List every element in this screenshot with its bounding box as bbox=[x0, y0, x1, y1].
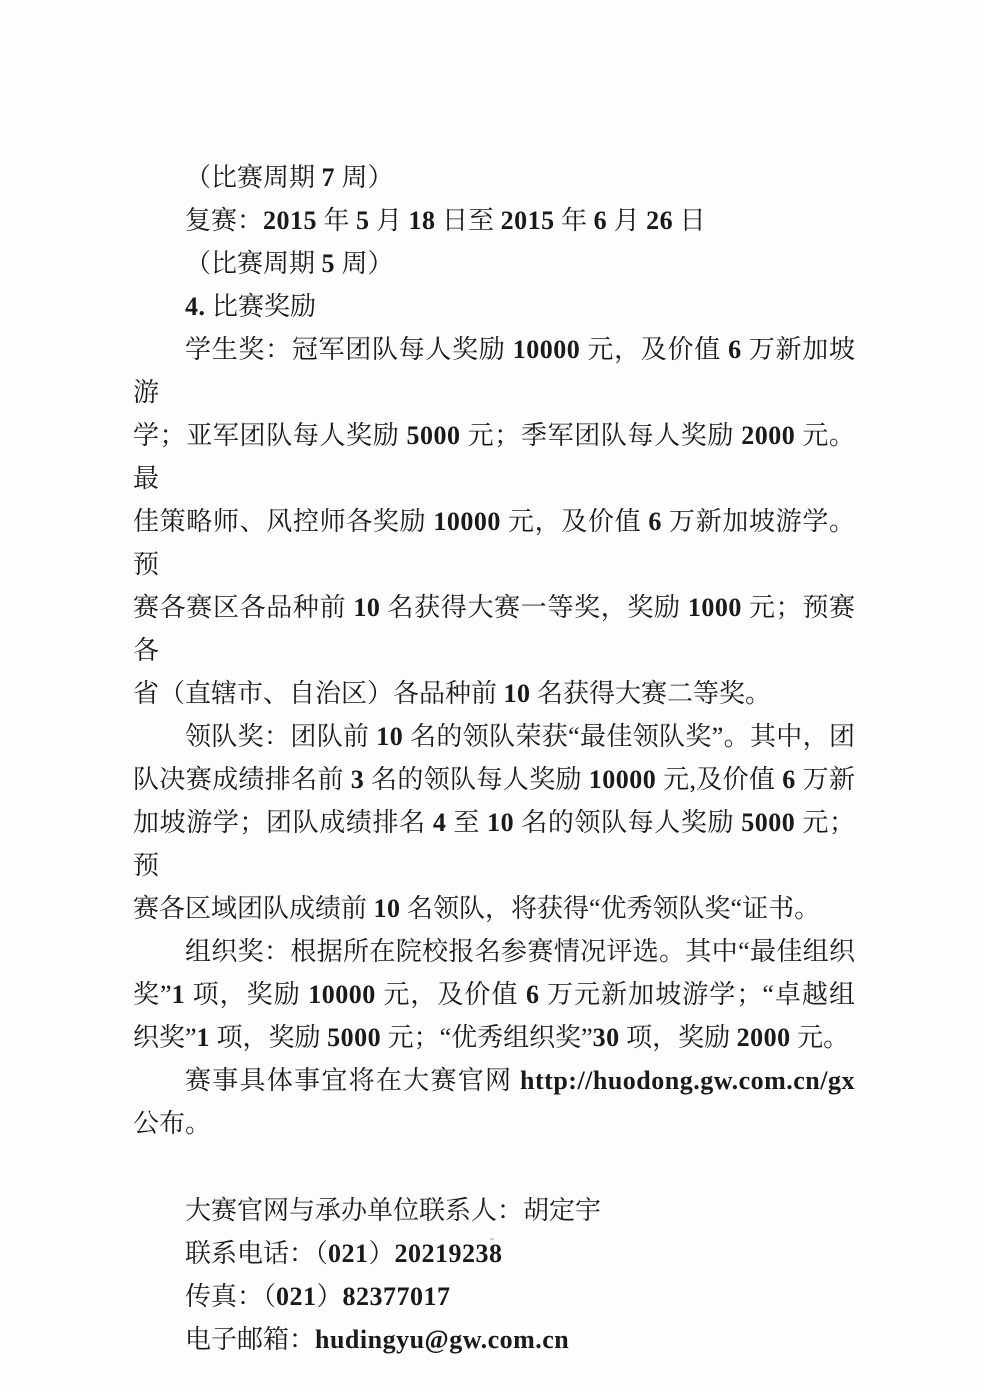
text-segment-bold: 10 bbox=[376, 722, 403, 751]
text-line: 省（直辖市、自治区）各品种前 10 名获得大赛二等奖。 bbox=[133, 672, 855, 715]
text-segment: 赛事具体事宜将在大赛官网 bbox=[185, 1066, 520, 1095]
text-segment: 元，及价值 bbox=[376, 980, 526, 1009]
text-line: 赛各区域团队成绩前 10 名领队，将获得“优秀领队奖“证书。 bbox=[133, 887, 855, 930]
text-line: （比赛周期 7 周） bbox=[133, 156, 855, 199]
text-segment-bold: 5000 bbox=[407, 421, 461, 450]
text-segment: （比赛周期 bbox=[185, 249, 322, 278]
text-segment: 奖” bbox=[133, 980, 172, 1009]
document-page: （比赛周期 7 周）复赛：2015 年 5 月 18 日至 2015 年 6 月… bbox=[0, 0, 984, 1392]
text-segment: 联系电话：（ bbox=[185, 1239, 328, 1268]
text-segment: 省（直辖市、自治区）各品种前 bbox=[133, 679, 504, 708]
text-segment: 赛各区域团队成绩前 bbox=[133, 894, 374, 923]
text-segment-bold: 10000 bbox=[513, 335, 581, 364]
text-segment: 比赛奖励 bbox=[206, 292, 317, 321]
text-segment-bold: 10 bbox=[487, 808, 514, 837]
text-segment: 队决赛成绩排名前 bbox=[133, 765, 351, 794]
text-segment: 名获得大赛二等奖。 bbox=[531, 679, 772, 708]
text-segment-bold: 10000 bbox=[433, 507, 501, 536]
text-segment: 传真：（ bbox=[185, 1282, 276, 1311]
text-line: 队决赛成绩排名前 3 名的领队每人奖励 10000 元,及价值 6 万新 bbox=[133, 758, 855, 801]
text-segment-bold: 3 bbox=[351, 765, 365, 794]
text-segment: 公布。 bbox=[133, 1109, 211, 1138]
text-segment-bold: 30 bbox=[593, 1023, 620, 1052]
text-segment-bold: 6 bbox=[728, 335, 742, 364]
text-line: （比赛周期 5 周） bbox=[133, 242, 855, 285]
text-segment-bold: 1 bbox=[172, 980, 186, 1009]
text-segment: ） bbox=[317, 1282, 343, 1311]
text-segment: 大赛官网与承办单位联系人：胡定宇 bbox=[185, 1196, 601, 1225]
text-segment: 项，奖励 bbox=[620, 1023, 737, 1052]
text-segment: 日至 bbox=[436, 206, 501, 235]
text-segment: 月 bbox=[370, 206, 409, 235]
text-line: 4. 比赛奖励 bbox=[133, 285, 855, 328]
text-segment: 元；季军团队每人奖励 bbox=[461, 421, 742, 450]
text-segment: 学生奖：冠军团队每人奖励 bbox=[185, 335, 513, 364]
text-segment: 名获得大赛一等奖，奖励 bbox=[380, 593, 687, 622]
text-line: 公布。 bbox=[133, 1102, 855, 1145]
text-segment: 项，奖励 bbox=[185, 980, 308, 1009]
text-segment: 年 bbox=[555, 206, 594, 235]
text-segment-bold: 6 bbox=[648, 507, 662, 536]
text-line: 织奖”1 项，奖励 5000 元；“优秀组织奖”30 项，奖励 2000 元。 bbox=[133, 1016, 855, 1059]
text-segment: 至 bbox=[446, 808, 487, 837]
text-segment-bold: 82377017 bbox=[343, 1282, 451, 1311]
text-segment: 月 bbox=[607, 206, 646, 235]
text-segment: 项，奖励 bbox=[210, 1023, 327, 1052]
text-segment-bold: 6 bbox=[526, 980, 540, 1009]
text-segment-bold: 10 bbox=[374, 894, 401, 923]
text-segment-bold: 10000 bbox=[308, 980, 376, 1009]
text-line: 复赛：2015 年 5 月 18 日至 2015 年 6 月 26 日 bbox=[133, 199, 855, 242]
text-segment: 织奖” bbox=[133, 1023, 197, 1052]
text-segment: ） bbox=[369, 1239, 395, 1268]
text-segment-bold: 10 bbox=[353, 593, 380, 622]
text-segment-bold: 6 bbox=[594, 206, 608, 235]
text-segment: 周） bbox=[335, 163, 394, 192]
text-segment: 名的领队荣获“最佳领队奖”。其中，团 bbox=[403, 722, 855, 751]
text-segment-bold: 4 bbox=[433, 808, 447, 837]
text-segment: 佳策略师、风控师各奖励 bbox=[133, 507, 433, 536]
text-segment-bold: 7 bbox=[322, 163, 336, 192]
text-segment-bold: 1 bbox=[197, 1023, 211, 1052]
text-segment: 年 bbox=[317, 206, 356, 235]
text-line: 领队奖：团队前 10 名的领队荣获“最佳领队奖”。其中，团 bbox=[133, 715, 855, 758]
text-segment: 元；“优秀组织奖” bbox=[381, 1023, 593, 1052]
text-segment: 名领队，将获得“优秀领队奖“证书。 bbox=[401, 894, 821, 923]
text-segment: 复赛： bbox=[185, 206, 263, 235]
text-line: 组织奖：根据所在院校报名参赛情况评选。其中“最佳组织 bbox=[133, 930, 855, 973]
text-line: 传真：（021）82377017 bbox=[133, 1275, 855, 1318]
text-line: 赛事具体事宜将在大赛官网 http://huodong.gw.com.cn/gx bbox=[133, 1059, 855, 1102]
text-segment: 组织奖：根据所在院校报名参赛情况评选。其中“最佳组织 bbox=[185, 937, 855, 966]
text-segment: 学；亚军团队每人奖励 bbox=[133, 421, 407, 450]
text-line: 电子邮箱：hudingyu@gw.com.cn bbox=[133, 1318, 855, 1361]
text-segment-bold: 18 bbox=[409, 206, 436, 235]
text-segment: 元，及价值 bbox=[580, 335, 728, 364]
text-segment: （比赛周期 bbox=[185, 163, 322, 192]
text-line: 学生奖：冠军团队每人奖励 10000 元，及价值 6 万新加坡游 bbox=[133, 328, 855, 414]
text-segment-bold: 5 bbox=[322, 249, 336, 278]
text-segment: 名的领队每人奖励 bbox=[514, 808, 741, 837]
text-segment-bold: 10000 bbox=[589, 765, 657, 794]
text-segment: 元,及价值 bbox=[656, 765, 782, 794]
text-line: 加坡游学；团队成绩排名 4 至 10 名的领队每人奖励 5000 元；预 bbox=[133, 801, 855, 887]
text-segment: 赛各赛区各品种前 bbox=[133, 593, 353, 622]
text-segment-bold: 2000 bbox=[741, 421, 795, 450]
contact-block: 大赛官网与承办单位联系人：胡定宇联系电话：（021）20219238传真：（02… bbox=[133, 1189, 855, 1361]
text-segment: 名的领队每人奖励 bbox=[364, 765, 589, 794]
text-segment-bold: 021 bbox=[328, 1239, 369, 1268]
text-segment-bold: 10 bbox=[504, 679, 531, 708]
text-segment: 万新 bbox=[796, 765, 855, 794]
text-segment-bold: 5000 bbox=[327, 1023, 381, 1052]
text-segment: 加坡游学；团队成绩排名 bbox=[133, 808, 433, 837]
text-line: 佳策略师、风控师各奖励 10000 元，及价值 6 万新加坡游学。预 bbox=[133, 500, 855, 586]
text-line: 奖”1 项，奖励 10000 元，及价值 6 万元新加坡游学；“卓越组 bbox=[133, 973, 855, 1016]
document-text-block: （比赛周期 7 周）复赛：2015 年 5 月 18 日至 2015 年 6 月… bbox=[133, 156, 855, 1361]
text-segment-bold: 4. bbox=[185, 292, 206, 321]
text-segment: 元，及价值 bbox=[501, 507, 649, 536]
text-segment-bold: 6 bbox=[782, 765, 796, 794]
text-segment-bold: 5 bbox=[356, 206, 370, 235]
text-line: 大赛官网与承办单位联系人：胡定宇 bbox=[133, 1189, 855, 1232]
text-segment: 领队奖：团队前 bbox=[185, 722, 376, 751]
text-segment-bold: 2000 bbox=[737, 1023, 791, 1052]
text-segment: 日 bbox=[673, 206, 706, 235]
text-segment-bold: 2015 bbox=[501, 206, 555, 235]
text-line: 学；亚军团队每人奖励 5000 元；季军团队每人奖励 2000 元。最 bbox=[133, 414, 855, 500]
text-segment: 电子邮箱： bbox=[185, 1325, 315, 1354]
text-segment-bold: 26 bbox=[646, 206, 673, 235]
text-line: 赛各赛区各品种前 10 名获得大赛一等奖，奖励 1000 元；预赛各 bbox=[133, 586, 855, 672]
text-segment-bold: 2015 bbox=[263, 206, 317, 235]
page-number-mark: - bbox=[478, 1230, 506, 1246]
text-segment-bold: 5000 bbox=[741, 808, 795, 837]
text-segment: 元。 bbox=[791, 1023, 850, 1052]
body-lines: （比赛周期 7 周）复赛：2015 年 5 月 18 日至 2015 年 6 月… bbox=[133, 156, 855, 1145]
text-segment-bold: http://huodong.gw.com.cn/gx bbox=[520, 1066, 855, 1095]
text-segment-bold: 021 bbox=[276, 1282, 317, 1311]
text-segment: 周） bbox=[335, 249, 394, 278]
text-segment-bold: hudingyu@gw.com.cn bbox=[315, 1325, 569, 1354]
text-segment: 万元新加坡游学；“卓越组 bbox=[540, 980, 855, 1009]
text-segment-bold: 1000 bbox=[688, 593, 742, 622]
